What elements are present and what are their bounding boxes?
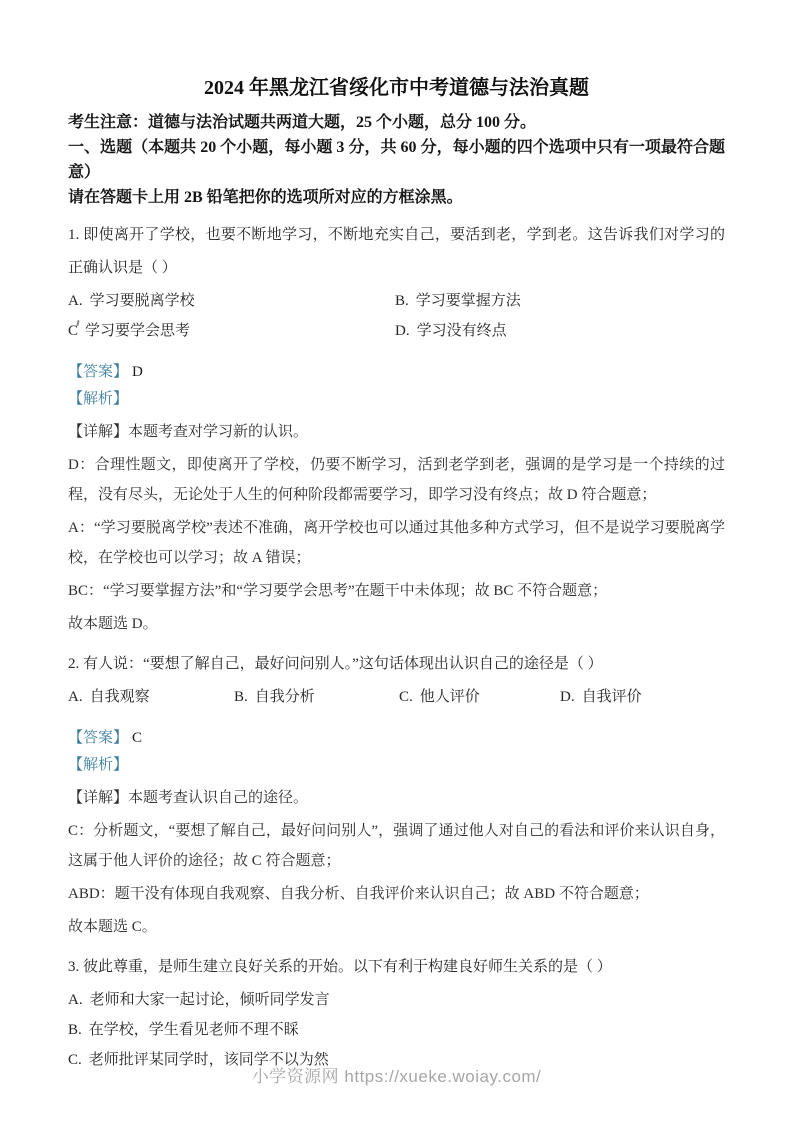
option-text: 学习要脱离学校 bbox=[90, 293, 195, 309]
answer-label: 【答案】 bbox=[68, 730, 128, 746]
option-key: C. bbox=[399, 689, 413, 705]
question-2-option-c: C.他人评价 bbox=[399, 682, 560, 712]
question-1-options: A.学习要脱离学校 B.学习要掌握方法 C学习要学会思考 D.学习没有终点 bbox=[68, 286, 725, 346]
question-1-option-b: B.学习要掌握方法 bbox=[395, 286, 725, 316]
question-1-analysis: 【详解】本题考查对学习新的认识。 D：合理性题文，即使离开了学校，仍要不断学习，… bbox=[68, 417, 725, 639]
footer-watermark: 小学资源网 https://xueke.woiay.com/ bbox=[0, 1062, 793, 1087]
question-2-stem: 2. 有人说：“要想了解自己，最好问问别人。”这句话体现出认识自己的途径是（ ） bbox=[68, 648, 725, 681]
fill-instruction: 请在答题卡上用 2B 铅笔把你的选项所对应的方框涂黑。 bbox=[68, 185, 725, 210]
question-1: 1. 即使离开了学校，也要不断地学习，不断地充实自己，要活到老，学到老。这告诉我… bbox=[68, 219, 725, 639]
analysis-paragraph: ABD：题干没有体现自我观察、自我分析、自我评价来认识自己；故 ABD 不符合题… bbox=[68, 879, 725, 909]
option-text: 在学校，学生看见老师不理不睬 bbox=[89, 1022, 299, 1038]
question-1-answer-line: 【答案】D bbox=[68, 359, 725, 386]
option-text: 学习要掌握方法 bbox=[416, 293, 521, 309]
analysis-paragraph: 故本题选 C。 bbox=[68, 912, 725, 942]
option-text: 学习要学会思考 bbox=[85, 323, 190, 339]
question-3-stem: 3. 彼此尊重，是师生建立良好关系的开始。以下有利于构建良好师生关系的是（ ） bbox=[68, 951, 725, 984]
answer-label: 【答案】 bbox=[68, 364, 128, 380]
option-key: B. bbox=[68, 1022, 82, 1038]
exam-document-page: 2024 年黑龙江省绥化市中考道德与法治真题 考生注意：道德与法治试题共两道大题… bbox=[0, 0, 793, 1122]
option-key: A. bbox=[68, 293, 83, 309]
option-text: 学习没有终点 bbox=[417, 323, 507, 339]
analysis-paragraph: A：“学习要脱离学校”表述不准确，离开学校也可以通过其他多种方式学习，但不是说学… bbox=[68, 513, 725, 573]
analysis-paragraph: 故本题选 D。 bbox=[68, 609, 725, 639]
question-1-stem: 1. 即使离开了学校，也要不断地学习，不断地充实自己，要活到老，学到老。这告诉我… bbox=[68, 219, 725, 285]
question-2-option-a: A.自我观察 bbox=[68, 682, 234, 712]
question-1-option-d: D.学习没有终点 bbox=[395, 316, 725, 346]
option-text: 自我评价 bbox=[582, 689, 642, 705]
question-1-option-c: C学习要学会思考 bbox=[68, 316, 395, 346]
question-2-analysis: 【详解】本题考查认识自己的途径。 C：分析题文，“要想了解自己，最好问问别人”，… bbox=[68, 783, 725, 942]
answer-value: D bbox=[132, 364, 143, 380]
analysis-paragraph: 【详解】本题考查认识自己的途径。 bbox=[68, 783, 725, 813]
exam-notice: 考生注意：道德与法治试题共两道大题，25 个小题，总分 100 分。 bbox=[68, 110, 725, 135]
question-2-options: A.自我观察 B.自我分析 C.他人评价 D.自我评价 bbox=[68, 682, 725, 712]
document-content: 2024 年黑龙江省绥化市中考道德与法治真题 考生注意：道德与法治试题共两道大题… bbox=[0, 0, 793, 1075]
option-text: 自我分析 bbox=[255, 689, 315, 705]
analysis-paragraph: C：分析题文，“要想了解自己，最好问问别人”，强调了通过他人对自己的看法和评价来… bbox=[68, 816, 725, 876]
analysis-paragraph: 【详解】本题考查对学习新的认识。 bbox=[68, 417, 725, 447]
option-text: 他人评价 bbox=[420, 689, 480, 705]
page-title: 2024 年黑龙江省绥化市中考道德与法治真题 bbox=[68, 74, 725, 102]
question-2-option-d: D.自我评价 bbox=[560, 682, 725, 712]
question-3: 3. 彼此尊重，是师生建立良好关系的开始。以下有利于构建良好师生关系的是（ ） … bbox=[68, 951, 725, 1075]
question-2-analysis-line: 【解析】 bbox=[68, 752, 725, 779]
option-key: A. bbox=[68, 992, 83, 1008]
option-key: B. bbox=[234, 689, 248, 705]
question-1-analysis-line: 【解析】 bbox=[68, 386, 725, 413]
option-key: B. bbox=[395, 293, 409, 309]
analysis-label: 【解析】 bbox=[68, 757, 128, 773]
answer-value: C bbox=[132, 730, 142, 746]
analysis-paragraph: BC：“学习要掌握方法”和“学习要学会思考”在题干中未体现；故 BC 不符合题意… bbox=[68, 576, 725, 606]
question-3-option-b: B.在学校，学生看见老师不理不睬 bbox=[68, 1015, 725, 1045]
option-key: A. bbox=[68, 689, 83, 705]
section-heading: 一、选题（本题共 20 个小题，每小题 3 分，共 60 分，每小题的四个选项中… bbox=[68, 135, 725, 185]
analysis-paragraph: D：合理性题文，即使离开了学校，仍要不断学习，活到老学到老，强调的是学习是一个持… bbox=[68, 450, 725, 510]
question-2-answer-line: 【答案】C bbox=[68, 725, 725, 752]
question-3-option-a: A.老师和大家一起讨论，倾听同学发言 bbox=[68, 985, 725, 1015]
option-key: D. bbox=[560, 689, 575, 705]
option-text: 自我观察 bbox=[90, 689, 150, 705]
question-2: 2. 有人说：“要想了解自己，最好问问别人。”这句话体现出认识自己的途径是（ ）… bbox=[68, 648, 725, 942]
option-text: 老师和大家一起讨论，倾听同学发言 bbox=[90, 992, 330, 1008]
question-2-option-b: B.自我分析 bbox=[234, 682, 399, 712]
analysis-label: 【解析】 bbox=[68, 391, 128, 407]
option-key: D. bbox=[395, 323, 410, 339]
question-1-option-a: A.学习要脱离学校 bbox=[68, 286, 395, 316]
